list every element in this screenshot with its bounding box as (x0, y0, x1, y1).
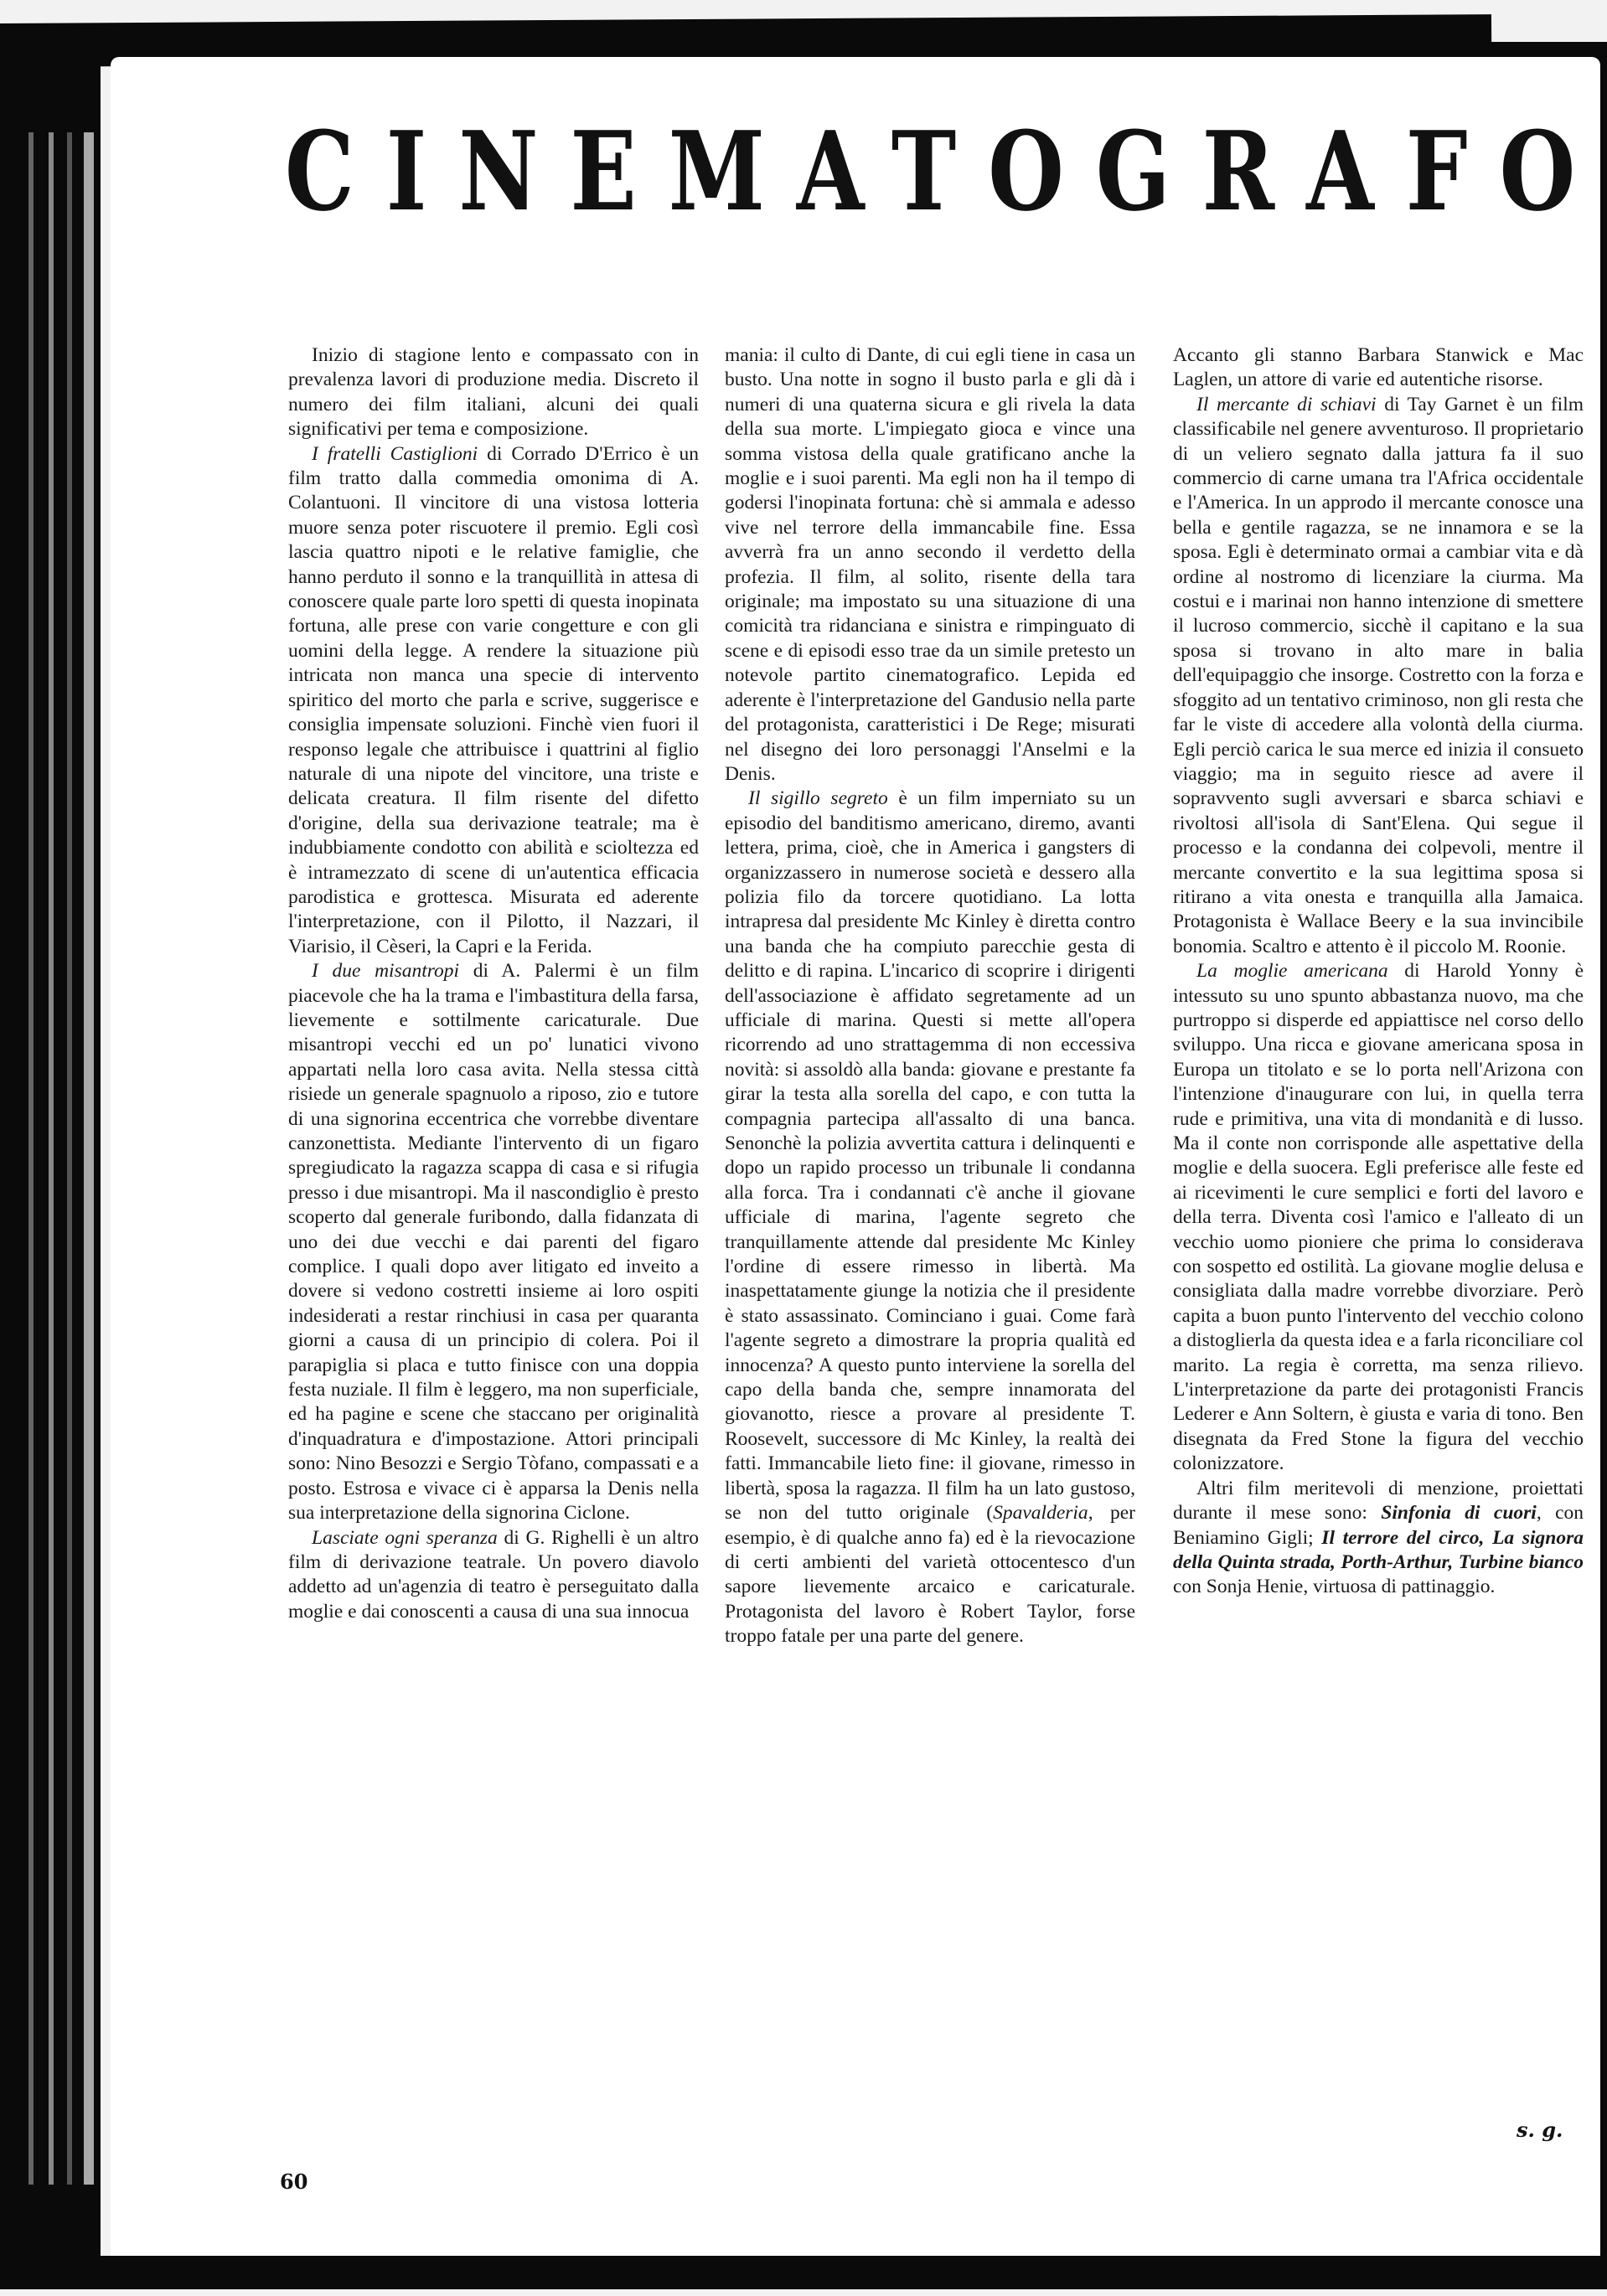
paragraph-other-films: Altri film meritevoli di menzione, proie… (1173, 1477, 1584, 1600)
film-title: Il mercante di schiavi (1196, 394, 1377, 415)
paragraph-intro: Inizio di stagione lento e compassato co… (288, 343, 699, 442)
paragraph-review: La moglie americana di Harold Yonny è in… (1173, 959, 1584, 1477)
author-signature: s. g. (1517, 2118, 1563, 2142)
scan-border-bottom (0, 2256, 1607, 2289)
film-title: Spavalderia (993, 1502, 1088, 1524)
paragraph-review: Il mercante di schiavi di Tay Garnet è u… (1173, 393, 1584, 959)
film-title: Sinfonia di cuori (1381, 1502, 1537, 1524)
article-column-1: Inizio di stagione lento e compassato co… (288, 343, 699, 1624)
page-number: 60 (280, 2170, 307, 2194)
paragraph-continued: mania: il culto di Dante, di cui egli ti… (725, 343, 1135, 787)
section-title: CINEMATOGRAFO (285, 117, 1592, 226)
film-title: La moglie americana (1196, 960, 1388, 982)
film-title: Il sigillo segreto (748, 787, 888, 809)
film-title: Lasciate ogni speranza (312, 1527, 498, 1549)
paragraph-review: Lasciate ogni speranza di G. Righelli è … (288, 1526, 699, 1625)
paragraph-continued: Accanto gli stanno Barbara Stanwick e Ma… (1173, 343, 1584, 393)
paragraph-review: Il sigillo segreto è un film imperniato … (725, 787, 1135, 1648)
scan-border-right (1600, 42, 1607, 2287)
page-edge-stack (0, 23, 101, 2285)
paragraph-review: I fratelli Castiglioni di Corrado D'Erri… (288, 442, 699, 960)
film-title: I fratelli Castiglioni (312, 443, 478, 465)
film-title: I due misantropi (312, 960, 459, 982)
article-column-2: mania: il culto di Dante, di cui egli ti… (725, 343, 1135, 1649)
paragraph-review: I due misantropi di A. Palermi è un film… (288, 959, 699, 1525)
article-column-3: Accanto gli stanno Barbara Stanwick e Ma… (1173, 343, 1584, 1600)
